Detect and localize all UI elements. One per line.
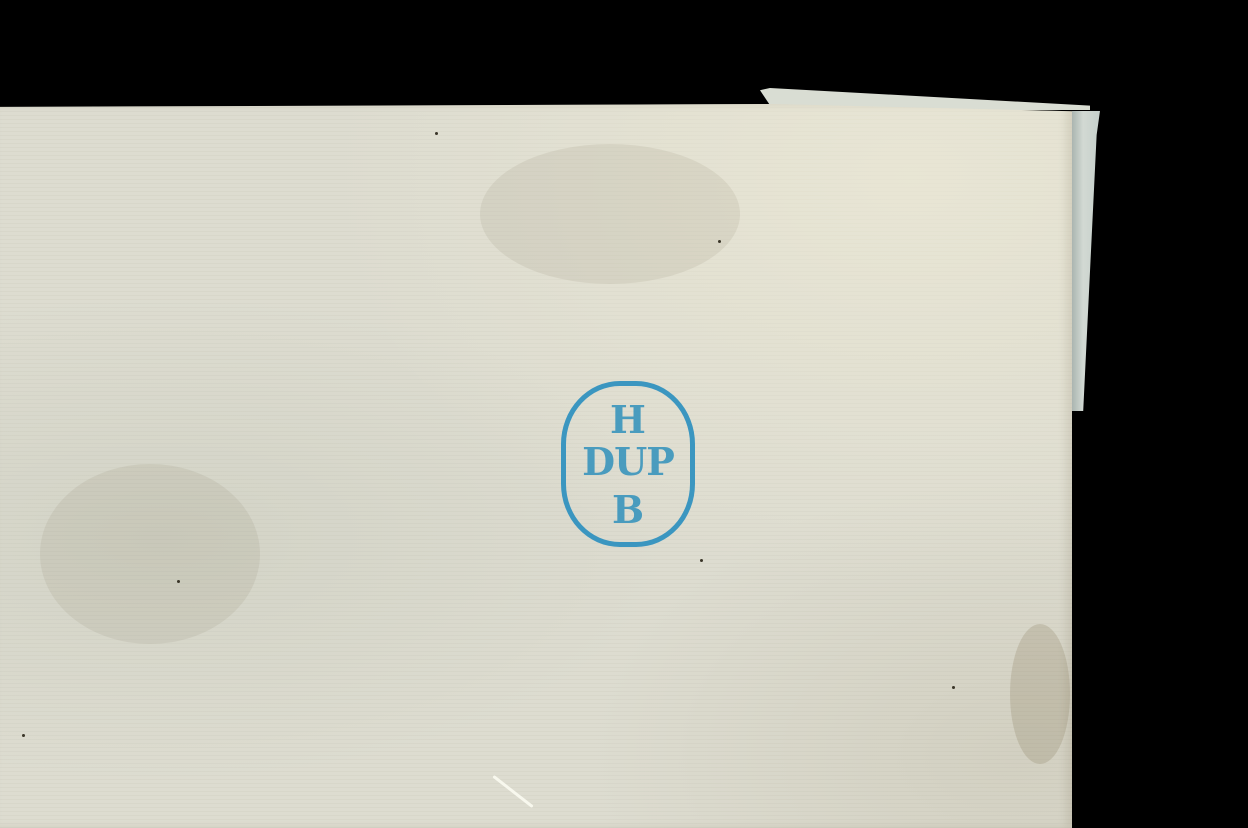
paper-stain — [40, 464, 260, 644]
paper-speck — [435, 132, 438, 135]
stamp-line-2: DUP — [566, 442, 690, 482]
stamp-line-1: H — [566, 400, 690, 440]
collector-stamp: H DUP B — [561, 381, 695, 547]
paper-stain — [1010, 624, 1070, 764]
photo-scene: H DUP B — [0, 0, 1248, 828]
paper-speck — [700, 559, 703, 562]
paper-sheet — [0, 104, 1072, 828]
paper-stain — [480, 144, 740, 284]
paper-speck — [22, 734, 25, 737]
paper-speck — [177, 580, 180, 583]
stamp-line-3: B — [566, 490, 690, 530]
paper-side-strip — [1072, 111, 1100, 411]
paper-speck — [718, 240, 721, 243]
paper-speck — [952, 686, 955, 689]
